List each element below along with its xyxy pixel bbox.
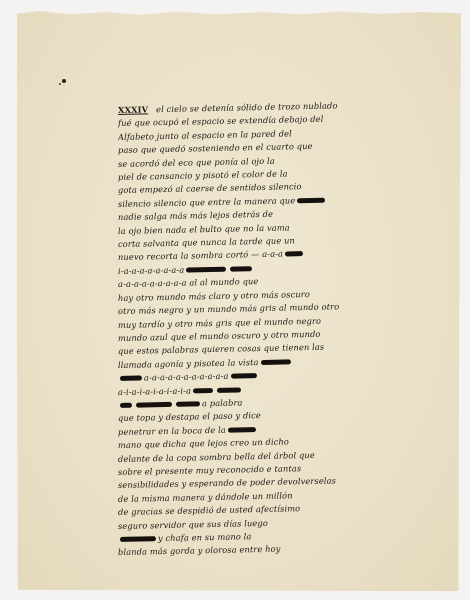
manuscript-text: XXXIVel cielo se detenía sólido de trozo… [118,104,354,560]
strikethrough [120,376,142,381]
strikethrough [217,387,241,393]
line-text: mano que dicha que lejos creo un dicho [118,437,289,451]
line-text: i-a-a-a-a-a-a-a-a [118,264,185,275]
line-text: a palabra [202,397,243,408]
strikethrough [228,427,256,433]
line-text: llamada agonía y pisotea la vista [118,357,259,370]
line-text: de la misma manera y dándole un millón [118,490,293,504]
line-text: silencio silencio que entre la manera qu… [118,195,295,209]
line-text: fué que ocupó el espacio se extendía deb… [118,114,324,128]
line-text: a-a-a-a-a-a-a-a-a-a-a [144,371,229,383]
line-text: de gracias se despidió de usted afectísi… [118,503,300,517]
chapter-heading: XXXIV [118,104,148,115]
line-text: nadie salga más más lejos detrás de [118,209,273,222]
line-text: nuevo recorta la sombra cortó — a-a-a [118,249,283,262]
line-text: Alfabeto junto al espacio en la pared de… [118,128,292,142]
line-text: a-a-a-a-a-a-a-a-a al al mundo que [118,276,259,289]
line-text: paso que quedó sosteniendo en el cuarto … [118,141,313,155]
ink-spot [62,79,66,83]
line-text: gota empezó al caerse de sentidos silenc… [118,182,302,196]
line-text: penetrar en la boca de la [118,424,226,436]
strikethrough [136,402,172,408]
line-text: seguro servidor que sus días luego [118,517,268,530]
strikethrough [230,373,256,379]
strikethrough [230,266,252,271]
line-text: que topa y destapa el paso y dice [118,410,261,423]
strikethrough [261,359,291,365]
line-text: la ojo bien nada el bulto que no la vama [118,222,290,236]
strikethrough [297,198,325,204]
line-text: que estos palabras quieren cosas que tie… [118,342,324,356]
line-text: delante de la copa sombra bella del árbo… [118,449,315,463]
strikethrough [120,536,156,542]
strikethrough [193,388,213,393]
line-text: otro más negro y un mundo más gris al mu… [118,301,339,316]
strikethrough [285,252,303,257]
line-text: se acordó del eco que ponía al ojo la [118,155,275,168]
strikethrough [120,403,132,408]
line-text: muy tardío y otro más gris que el mundo … [118,315,321,329]
ink-spot-small [59,83,61,85]
line-text: a-i-a-i-a-i-a-i-a-i-a [118,385,191,397]
strikethrough [176,401,200,407]
line-text: blanda más gorda y olorosa entre hoy [118,544,281,557]
line-text: y chafa en su mano la [158,531,252,543]
strikethrough [186,267,226,273]
